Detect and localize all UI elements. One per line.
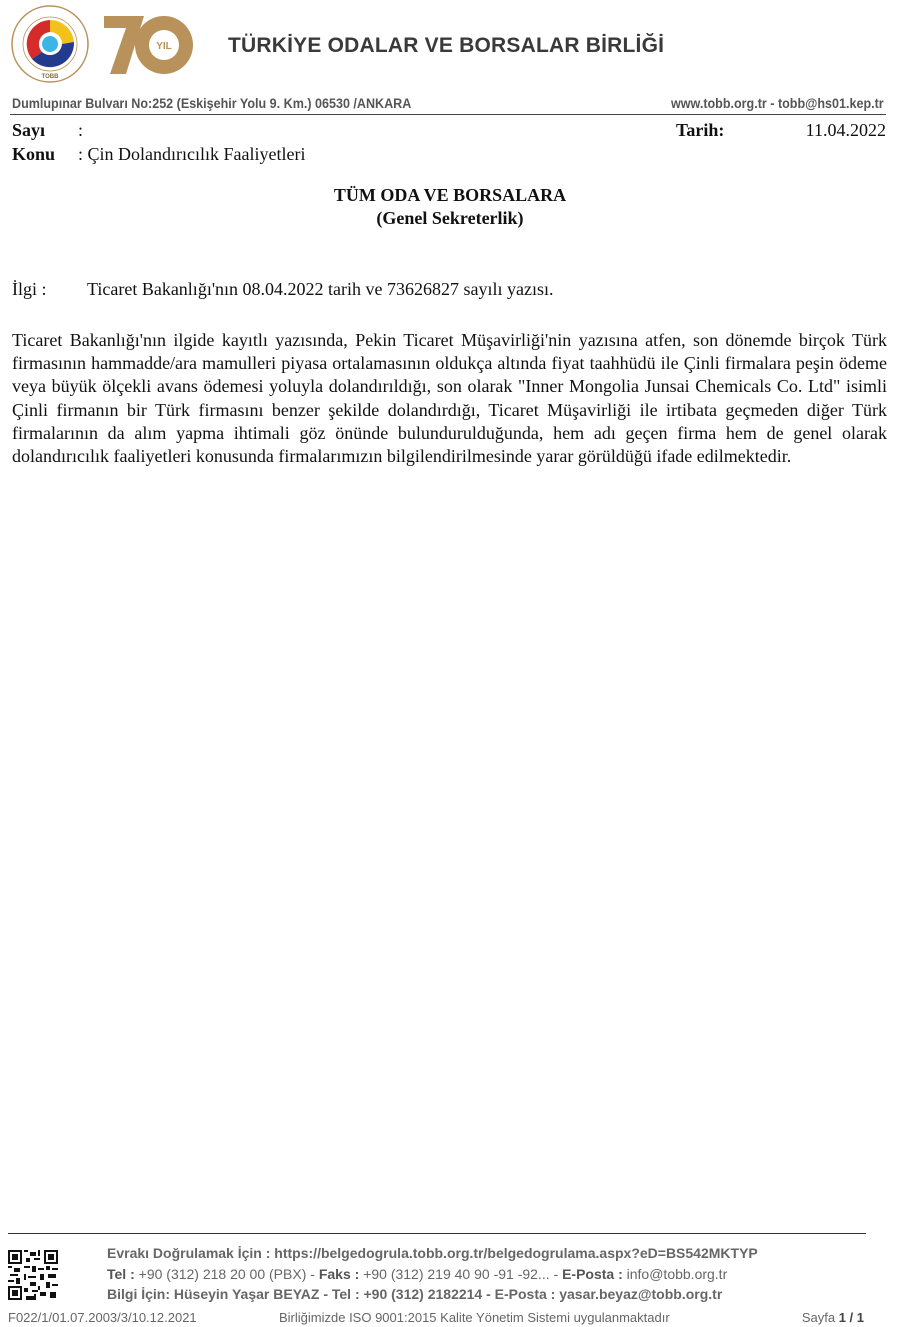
footer-divider [8,1233,866,1234]
contact-info-line: Tel : +90 (312) 218 20 00 (PBX) - Faks :… [107,1266,727,1282]
tobb-logo-icon: TOBB [10,4,90,84]
sayi-label: Sayı [12,120,45,141]
bilgi-name: Hüseyin Yaşar BEYAZ [174,1286,320,1302]
tarih-value: 11.04.2022 [806,120,886,141]
recipient-line-1: TÜM ODA VE BORSALARA [0,184,900,207]
bilgi-tel: Tel : +90 (312) 2182214 [332,1286,482,1302]
faks-label: Faks : [319,1266,359,1282]
separator: - [323,1286,332,1302]
separator: - [554,1266,563,1282]
header-divider [10,114,886,115]
reference-value: Ticaret Bakanlığı'nın 08.04.2022 tarih v… [87,279,554,300]
eposta-link[interactable]: info@tobb.org.tr [627,1266,728,1282]
page-label: Sayfa [802,1310,835,1325]
form-code: F022/1/01.07.2003/3/10.12.2021 [8,1310,197,1325]
iso-statement: Birliğimizde ISO 9001:2015 Kalite Yöneti… [279,1310,670,1325]
svg-text:YIL: YIL [156,41,172,52]
address-line: Dumlupınar Bulvarı No:252 (Eskişehir Yol… [12,96,411,111]
tarih-label: Tarih: [676,120,724,141]
konu-value: : Çin Dolandırıcılık Faaliyetleri [78,144,305,165]
sayi-value: : [78,120,83,141]
anniversary-70-logo-icon: YIL [104,14,194,76]
bilgi-email-link[interactable]: E-Posta : yasar.beyaz@tobb.org.tr [495,1286,723,1302]
separator: - [310,1266,319,1282]
info-contact-line: Bilgi İçin: Hüseyin Yaşar BEYAZ - Tel : … [107,1286,722,1302]
separator: - [486,1286,495,1302]
faks-value: +90 (312) 219 40 90 -91 -92... [363,1266,549,1282]
tel-label: Tel : [107,1266,135,1282]
recipient-block: TÜM ODA VE BORSALARA (Genel Sekreterlik) [0,184,900,230]
contact-line[interactable]: www.tobb.org.tr - tobb@hs01.kep.tr [671,96,884,111]
page-number: Sayfa 1 / 1 [802,1310,864,1325]
bilgi-label: Bilgi İçin: [107,1286,170,1302]
verify-url-link[interactable]: https://belgedogrula.tobb.org.tr/belgedo… [274,1245,757,1261]
reference-label: İlgi : [12,279,47,300]
qr-code-icon [8,1250,58,1300]
svg-text:TOBB: TOBB [42,74,60,80]
verify-label: Evrakı Doğrulamak İçin : [107,1245,270,1261]
page-value: 1 / 1 [839,1310,864,1325]
recipient-line-2: (Genel Sekreterlik) [0,207,900,230]
eposta-label: E-Posta : [562,1266,623,1282]
body-paragraph: Ticaret Bakanlığı'nın ilgide kayıtlı yaz… [12,329,887,468]
tel-value: +90 (312) 218 20 00 (PBX) [139,1266,307,1282]
verify-line: Evrakı Doğrulamak İçin : https://belgedo… [107,1245,758,1261]
konu-label: Konu [12,144,55,165]
organization-title: TÜRKİYE ODALAR VE BORSALAR BİRLİĞİ [228,34,664,58]
